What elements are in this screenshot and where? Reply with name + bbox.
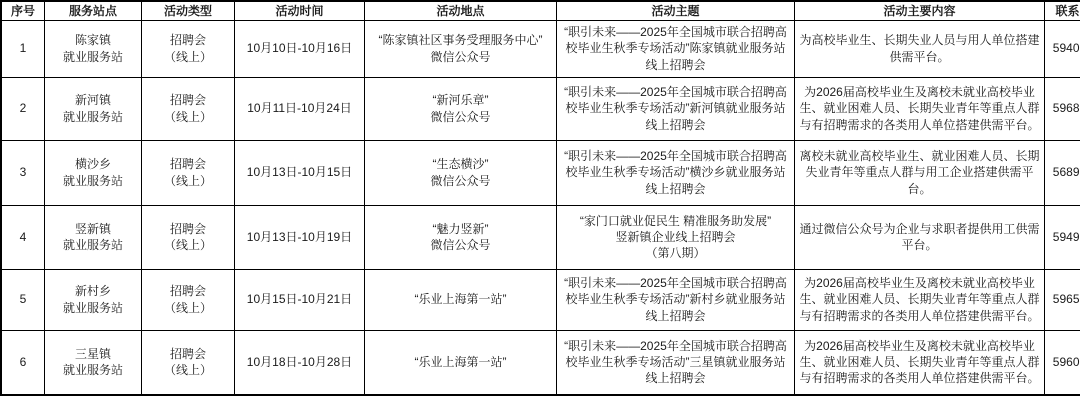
table-row: 3横沙乡 就业服务站招聘会 （线上）10月13日-10月15日“生态横沙” 微信… <box>1 140 1080 205</box>
column-header-content: 活动主要内容 <box>795 1 1045 20</box>
cell-location: “魅力竖新” 微信公众号 <box>365 205 557 269</box>
cell-time: 10月13日-10月19日 <box>235 205 365 269</box>
cell-theme: “职引未来——2025年全国城市联合招聘高校毕业生秋季专场活动”新河镇就业服务站… <box>557 77 795 140</box>
cell-station: 陈家镇 就业服务站 <box>45 20 142 77</box>
cell-location: “乐业上海第一站” <box>365 269 557 330</box>
cell-type: 招聘会 （线上） <box>142 330 235 395</box>
table-row: 6三星镇 就业服务站招聘会 （线上）10月18日-10月28日“乐业上海第一站”… <box>1 330 1080 395</box>
cell-time: 10月13日-10月15日 <box>235 140 365 205</box>
table-row: 1陈家镇 就业服务站招聘会 （线上）10月10日-10月16日“陈家镇社区事务受… <box>1 20 1080 77</box>
cell-phone: 59601058 <box>1045 330 1080 395</box>
cell-station: 新河镇 就业服务站 <box>45 77 142 140</box>
table-header-row: 序号服务站点活动类型活动时间活动地点活动主题活动主要内容联系电话 <box>1 1 1080 20</box>
cell-content: 离校未就业高校毕业生、就业困难人员、长期失业青年等重点人群与用工企业搭建供需平台… <box>795 140 1045 205</box>
cell-index: 1 <box>1 20 45 77</box>
cell-location: “生态横沙” 微信公众号 <box>365 140 557 205</box>
column-header-index: 序号 <box>1 1 45 20</box>
cell-location: “新河乐章” 微信公众号 <box>365 77 557 140</box>
cell-time: 10月11日-10月24日 <box>235 77 365 140</box>
cell-content: 为2026届高校毕业生及离校未就业高校毕业生、就业困难人员、长期失业青年等重点人… <box>795 77 1045 140</box>
cell-index: 5 <box>1 269 45 330</box>
table-row: 4竖新镇 就业服务站招聘会 （线上）10月13日-10月19日“魅力竖新” 微信… <box>1 205 1080 269</box>
table-row: 5新村乡 就业服务站招聘会 （线上）10月15日-10月21日“乐业上海第一站”… <box>1 269 1080 330</box>
table-row: 2新河镇 就业服务站招聘会 （线上）10月11日-10月24日“新河乐章” 微信… <box>1 77 1080 140</box>
activities-table: 序号服务站点活动类型活动时间活动地点活动主题活动主要内容联系电话 1陈家镇 就业… <box>0 0 1080 396</box>
table-body: 1陈家镇 就业服务站招聘会 （线上）10月10日-10月16日“陈家镇社区事务受… <box>1 20 1080 395</box>
cell-index: 2 <box>1 77 45 140</box>
cell-theme: “家门口就业促民生 精准服务助发展” 竖新镇企业线上招聘会 （第八期） <box>557 205 795 269</box>
cell-type: 招聘会 （线上） <box>142 20 235 77</box>
cell-time: 10月15日-10月21日 <box>235 269 365 330</box>
table-header: 序号服务站点活动类型活动时间活动地点活动主题活动主要内容联系电话 <box>1 1 1080 20</box>
cell-station: 横沙乡 就业服务站 <box>45 140 142 205</box>
cell-content: 为高校毕业生、长期失业人员与用人单位搭建供需平台。 <box>795 20 1045 77</box>
column-header-phone: 联系电话 <box>1045 1 1080 20</box>
cell-index: 6 <box>1 330 45 395</box>
cell-type: 招聘会 （线上） <box>142 77 235 140</box>
cell-content: 为2026届高校毕业生及离校未就业高校毕业生、就业困难人员、长期失业青年等重点人… <box>795 330 1045 395</box>
cell-theme: “职引未来——2025年全国城市联合招聘高校毕业生秋季专场活动”三星镇就业服务站… <box>557 330 795 395</box>
column-header-theme: 活动主题 <box>557 1 795 20</box>
cell-type: 招聘会 （线上） <box>142 205 235 269</box>
document-page: 序号服务站点活动类型活动时间活动地点活动主题活动主要内容联系电话 1陈家镇 就业… <box>0 0 1080 396</box>
cell-content: 为2026届高校毕业生及离校未就业高校毕业生、就业困难人员、长期失业青年等重点人… <box>795 269 1045 330</box>
cell-phone: 59492396 <box>1045 205 1080 269</box>
column-header-type: 活动类型 <box>142 1 235 20</box>
column-header-time: 活动时间 <box>235 1 365 20</box>
cell-station: 竖新镇 就业服务站 <box>45 205 142 269</box>
cell-station: 新村乡 就业服务站 <box>45 269 142 330</box>
cell-type: 招聘会 （线上） <box>142 269 235 330</box>
cell-index: 3 <box>1 140 45 205</box>
column-header-station: 服务站点 <box>45 1 142 20</box>
cell-type: 招聘会 （线上） <box>142 140 235 205</box>
cell-index: 4 <box>1 205 45 269</box>
cell-station: 三星镇 就业服务站 <box>45 330 142 395</box>
column-header-location: 活动地点 <box>365 1 557 20</box>
cell-time: 10月10日-10月16日 <box>235 20 365 77</box>
cell-phone: 59406665 <box>1045 20 1080 77</box>
cell-content: 通过微信公众号为企业与求职者提供用工供需平台。 <box>795 205 1045 269</box>
cell-location: “乐业上海第一站” <box>365 330 557 395</box>
cell-phone: 56890730 <box>1045 140 1080 205</box>
cell-phone: 59687220 <box>1045 77 1080 140</box>
cell-location: “陈家镇社区事务受理服务中心” 微信公众号 <box>365 20 557 77</box>
cell-phone: 59650090 <box>1045 269 1080 330</box>
cell-time: 10月18日-10月28日 <box>235 330 365 395</box>
cell-theme: “职引未来——2025年全国城市联合招聘高校毕业生秋季专场活动”新村乡就业服务站… <box>557 269 795 330</box>
cell-theme: “职引未来——2025年全国城市联合招聘高校毕业生秋季专场活动”横沙乡就业服务站… <box>557 140 795 205</box>
cell-theme: “职引未来——2025年全国城市联合招聘高校毕业生秋季专场活动”陈家镇就业服务站… <box>557 20 795 77</box>
